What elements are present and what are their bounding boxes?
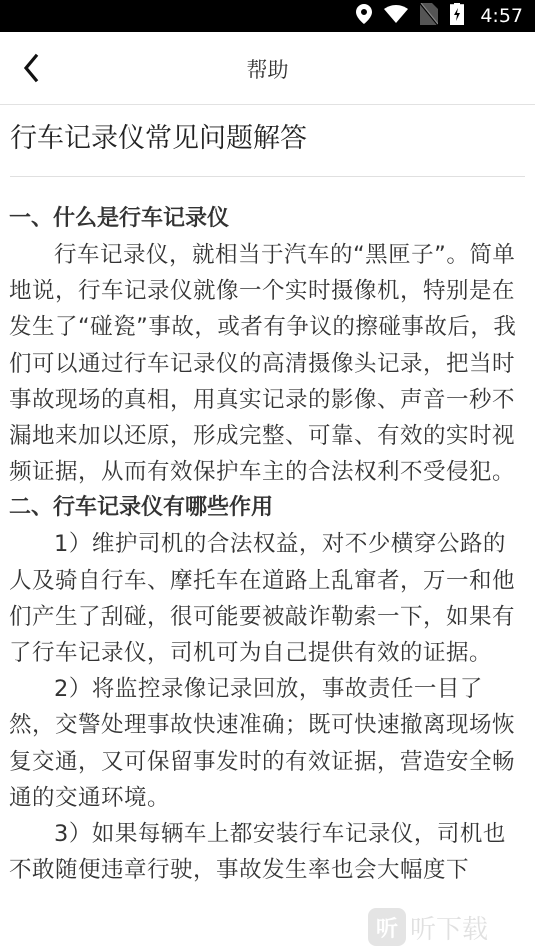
watermark: 听 听下载 (368, 908, 488, 946)
paragraph: 1）维护司机的合法权益，对不少横穿公路的人及骑自行车、摩托车在道路上乱窜者，万一… (9, 526, 526, 671)
wifi-icon (384, 5, 408, 27)
status-icons: 4:57 (356, 0, 523, 32)
paragraph: 3）如果每辆车上都安装行车记录仪，司机也不敢随便违章行驶，事故发生率也会大幅度下 (9, 816, 526, 888)
article: 一、什么是行车记录仪 行车记录仪，就相当于汽车的“黑匣子”。简单地说，行车记录仪… (0, 201, 535, 888)
app-title: 帮助 (0, 54, 535, 84)
paragraph: 行车记录仪，就相当于汽车的“黑匣子”。简单地说，行车记录仪就像一个实时摄像机，特… (9, 237, 526, 490)
battery-charging-icon (450, 3, 464, 29)
paragraph: 2）将监控录像记录回放，事故责任一目了然，交警处理事故快速准确；既可快速撤离现场… (9, 671, 526, 816)
status-bar: 4:57 (0, 0, 535, 32)
section-heading: 二、行车记录仪有哪些作用 (9, 490, 526, 526)
page-title: 行车记录仪常见问题解答 (10, 105, 525, 177)
status-time: 4:57 (480, 5, 523, 27)
no-sim-icon (420, 3, 438, 29)
watermark-text: 听下载 (410, 909, 488, 946)
location-icon (356, 4, 372, 28)
help-content[interactable]: 行车记录仪常见问题解答 一、什么是行车记录仪 行车记录仪，就相当于汽车的“黑匣子… (0, 105, 535, 888)
app-bar: 帮助 (0, 32, 535, 105)
section-heading: 一、什么是行车记录仪 (9, 201, 526, 237)
watermark-logo-icon: 听 (368, 908, 406, 946)
